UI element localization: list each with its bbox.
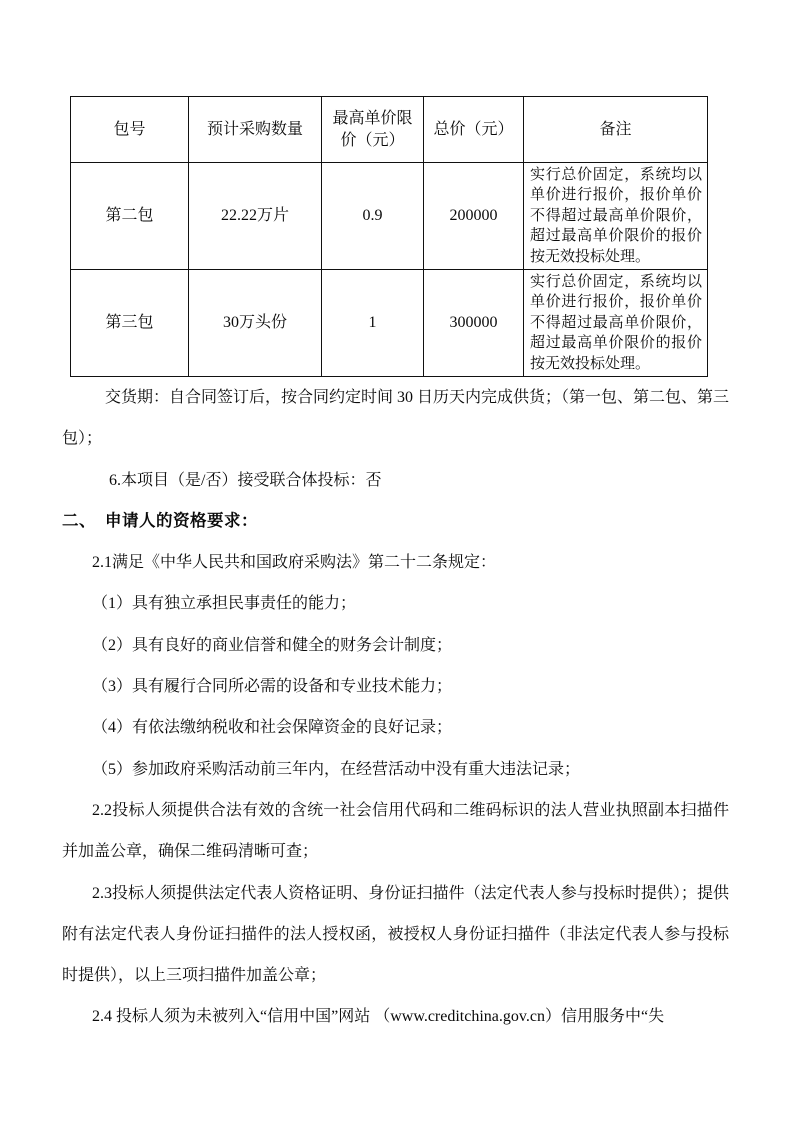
- section-heading-applicant-qualifications: 二、申请人的资格要求：: [62, 501, 729, 542]
- column-header-max-unit-price: 最高单价限价（元）: [322, 97, 424, 163]
- column-header-package: 包号: [71, 97, 189, 163]
- column-header-remark: 备注: [524, 97, 708, 163]
- paragraph-2-3: 2.3投标人须提供法定代表人资格证明、身份证扫描件（法定代表人参与投标时提供）；…: [62, 873, 729, 997]
- requirement-item-2: （2）具有良好的商业信誉和健全的财务会计制度；: [62, 625, 729, 666]
- column-header-quantity: 预计采购数量: [189, 97, 322, 163]
- paragraph-item-6-consortium: 6.本项目（是/否）接受联合体投标：否: [62, 460, 729, 501]
- table-header-row: 包号 预计采购数量 最高单价限价（元） 总价（元） 备注: [71, 97, 708, 163]
- requirement-item-1: （1）具有独立承担民事责任的能力；: [62, 583, 729, 624]
- requirement-item-3: （3）具有履行合同所必需的设备和专业技术能力；: [62, 666, 729, 707]
- cell-quantity: 22.22万片: [189, 163, 322, 270]
- table-row: 第二包 22.22万片 0.9 200000 实行总价固定，系统均以单价进行报价…: [71, 163, 708, 270]
- table-row: 第三包 30万头份 1 300000 实行总价固定，系统均以单价进行报价，报价单…: [71, 270, 708, 377]
- cell-remark: 实行总价固定，系统均以单价进行报价，报价单价不得超过最高单价限价，超过最高单价限…: [524, 163, 708, 270]
- requirement-item-4: （4）有依法缴纳税收和社会保障资金的良好记录；: [62, 707, 729, 748]
- section-heading-number: 二、: [62, 512, 96, 530]
- procurement-packages-table: 包号 预计采购数量 最高单价限价（元） 总价（元） 备注 第二包 22.22万片…: [70, 96, 708, 377]
- cell-max-unit-price: 1: [322, 270, 424, 377]
- paragraph-2-4: 2.4 投标人须为未被列入“信用中国”网站 （www.creditchina.g…: [62, 996, 729, 1037]
- cell-remark: 实行总价固定，系统均以单价进行报价，报价单价不得超过最高单价限价，超过最高单价限…: [524, 270, 708, 377]
- section-heading-title: 申请人的资格要求：: [105, 512, 258, 530]
- cell-max-unit-price: 0.9: [322, 163, 424, 270]
- document-body: 交货期：自合同签订后，按合同约定时间 30 日历天内完成供货；（第一包、第二包、…: [62, 377, 729, 1038]
- paragraph-2-1: 2.1满足《中华人民共和国政府采购法》第二十二条规定：: [62, 542, 729, 583]
- cell-package-name: 第三包: [71, 270, 189, 377]
- paragraph-delivery-period: 交货期：自合同签订后，按合同约定时间 30 日历天内完成供货；（第一包、第二包、…: [62, 377, 729, 460]
- document-page: 包号 预计采购数量 最高单价限价（元） 总价（元） 备注 第二包 22.22万片…: [0, 0, 793, 1122]
- cell-package-name: 第二包: [71, 163, 189, 270]
- cell-total-price: 300000: [424, 270, 524, 377]
- cell-total-price: 200000: [424, 163, 524, 270]
- paragraph-2-2: 2.2投标人须提供合法有效的含统一社会信用代码和二维码标识的法人营业执照副本扫描…: [62, 790, 729, 873]
- cell-quantity: 30万头份: [189, 270, 322, 377]
- column-header-total-price: 总价（元）: [424, 97, 524, 163]
- requirement-item-5: （5）参加政府采购活动前三年内，在经营活动中没有重大违法记录；: [62, 749, 729, 790]
